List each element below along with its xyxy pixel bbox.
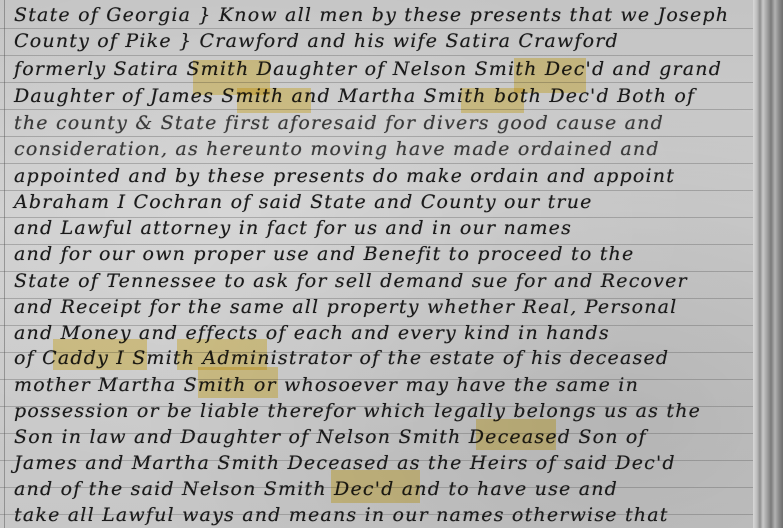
text-line-1: State of Georgia } Know all men by these… — [14, 2, 729, 29]
text-line-4: Daughter of James Smith and Martha Smith… — [14, 83, 695, 110]
highlight-caddy[interactable] — [53, 339, 147, 370]
text-line-10: and for our own proper use and Benefit t… — [14, 241, 634, 268]
text-line-20: take all Lawful ways and means in our na… — [14, 502, 669, 528]
handwritten-text: State of Georgia } Know all men by these… — [0, 0, 760, 528]
text-line-19: and of the said Nelson Smith Dec'd and t… — [14, 476, 618, 503]
text-line-8: Abraham I Cochran of said State and Coun… — [14, 189, 593, 216]
highlight-smith-5[interactable] — [177, 339, 267, 370]
page-binding-edge — [753, 0, 783, 528]
highlight-smith-6[interactable] — [198, 367, 278, 398]
document-image-viewer[interactable]: State of Georgia } Know all men by these… — [0, 0, 783, 528]
text-line-5: the county & State first aforesaid for d… — [14, 110, 664, 137]
text-line-15: mother Martha Smith or whosoever may hav… — [14, 372, 639, 399]
highlight-smith-4[interactable] — [461, 88, 524, 113]
highlight-smith-8[interactable] — [331, 470, 420, 503]
highlight-smith-3[interactable] — [237, 88, 311, 113]
text-line-7: appointed and by these presents do make … — [14, 163, 675, 190]
text-line-16: possession or be liable therefor which l… — [14, 398, 701, 425]
text-line-12: and Receipt for the same all property wh… — [14, 294, 677, 321]
text-line-3: formerly Satira Smith Daughter of Nelson… — [14, 56, 722, 83]
text-line-9: and Lawful attorney in fact for us and i… — [14, 215, 572, 242]
text-line-2: County of Pike } Crawford and his wife S… — [14, 28, 619, 55]
text-line-6: consideration, as hereunto moving have m… — [14, 136, 660, 163]
text-line-11: State of Tennessee to ask for sell deman… — [14, 268, 688, 295]
highlight-smith-7[interactable] — [476, 419, 556, 450]
highlight-smith-2[interactable] — [514, 58, 586, 93]
